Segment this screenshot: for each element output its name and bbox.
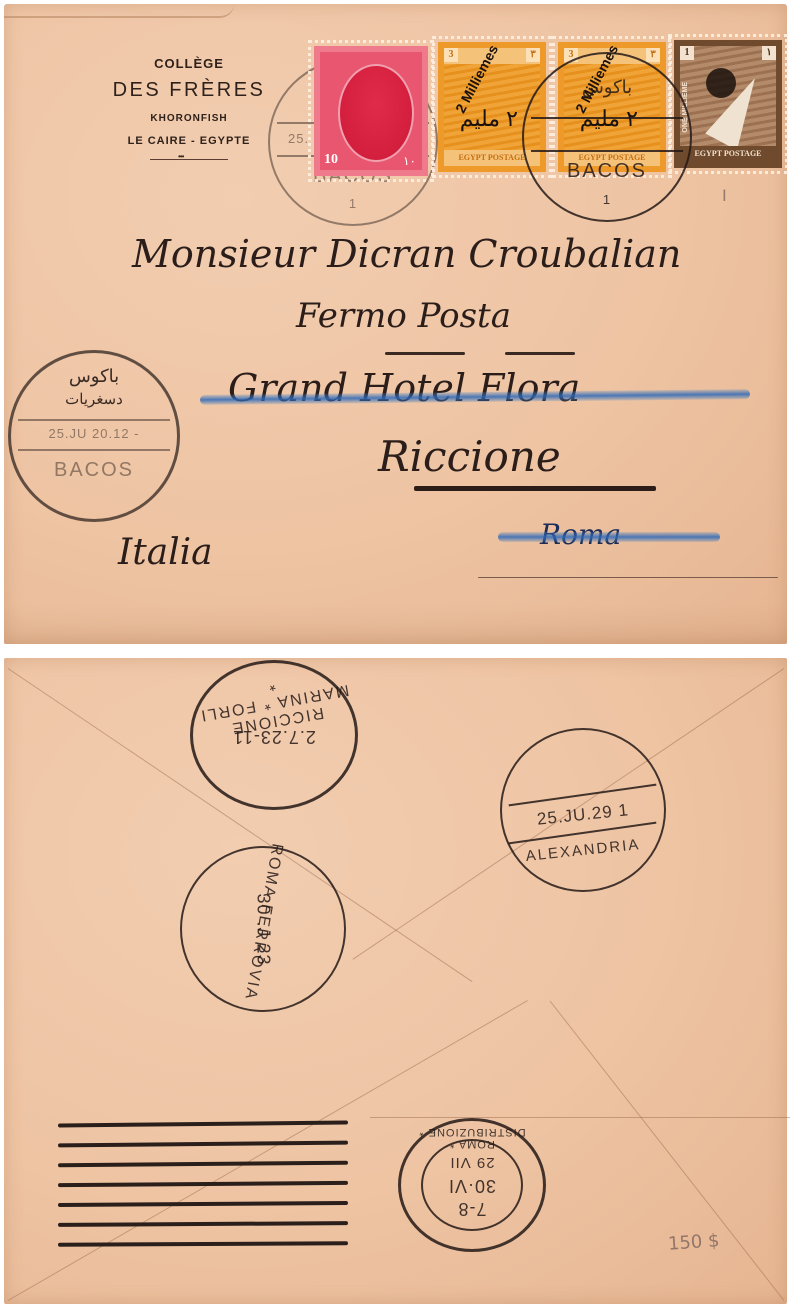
cancellation-line [58,1221,348,1227]
stamp-corner-value-ar: ٣ [526,48,540,62]
crown-overprint [706,68,736,98]
postmark-roma-ferrovia: ROMA FERROVIA 30 .J 23 [180,846,346,1012]
stamp-value-arabic: ١٠ [403,154,416,168]
address-fermo-posta: Fermo Posta [296,296,511,336]
cancellation-line [58,1181,348,1187]
postmark-line1: 7-8 [401,1198,543,1219]
pencil-price-note: 150 $ [667,1230,720,1255]
postmark-city: BACOS [11,459,177,482]
cancellation-lines [58,1122,348,1262]
postmark-bar [18,449,171,451]
letterhead-line2: DES FRÈRES [64,79,314,102]
underline-city [414,486,656,491]
postmark-bar [18,419,171,421]
surcharge-overprint-ar: ٢ مليم [460,106,518,132]
flap-edge [370,1117,790,1118]
postmark-city: BACOS [524,160,690,183]
cancellation-line [58,1201,348,1207]
underline [385,352,465,355]
postmark-bar [531,117,684,119]
pencil-mark: I [722,186,727,205]
cancellation-line [58,1161,348,1168]
cancellation-line [58,1141,348,1148]
stamp-value: 10 [324,152,338,168]
cancellation-line [58,1241,348,1247]
postmark-bacos-2: باكوس BACOS 1 [522,52,692,222]
postmark-bacos-3: باكوس دسغريات 25.JU 20.12 - BACOS [8,350,180,522]
stamp-footer-label: EGYPT POSTAGE [680,146,776,162]
postmark-date: 25.JU 20.12 - [11,426,177,441]
postmark-arabic-line1: باكوس [11,366,177,387]
postmark-line3: 29 VII [401,1154,543,1171]
stamp-corner-value-ar: ١ [762,46,776,60]
postmark-line2: 30·VI [401,1175,543,1196]
postmark-roma-distribuzione: ROMA * DISTRIBUZIONE * 29 VII 30·VI 7-8 [398,1118,546,1252]
postmark-city: ALEXANDRIA [502,834,665,868]
postmark-date: 2.7.23-11 [193,726,355,747]
postmark-arabic-line2: دسغريات [11,390,177,408]
king-portrait [338,64,414,162]
postmark-riccione-marina: RICCIONE MARINA * FORLI * 2.7.23-11 [190,660,358,810]
postmark-alexandria: 25.JU.29 1 ALEXANDRIA [500,728,666,892]
stamp-corner-value: 3 [444,48,458,62]
postmark-ring-text: ROMA * DISTRIBUZIONE * [401,1126,543,1150]
stamp-corner-value-ar: ٣ [646,48,660,62]
address-city: Riccione [378,432,561,481]
torn-edge [4,4,234,18]
stamp-corner-value: 1 [680,46,694,60]
stamp-10-milliemes-red: 10 ١٠ [308,40,434,182]
postmark-arabic: باكوس [524,77,690,98]
postmark-bar [531,150,684,152]
letterhead-line1: COLLÈGE [64,56,314,71]
postmark-sub: 1 [524,192,690,207]
address-country: Italia [118,532,213,573]
postmark-sub: 1 [270,196,436,211]
cancellation-line [58,1120,348,1127]
address-recipient: Monsieur Dicran Croubalian [132,232,681,276]
blue-strikethrough-roma [498,532,720,542]
postmark-date: 30 .J 23 [253,849,274,1011]
ruled-line [478,577,778,578]
letterhead-rule [150,159,228,160]
underline [505,352,575,355]
